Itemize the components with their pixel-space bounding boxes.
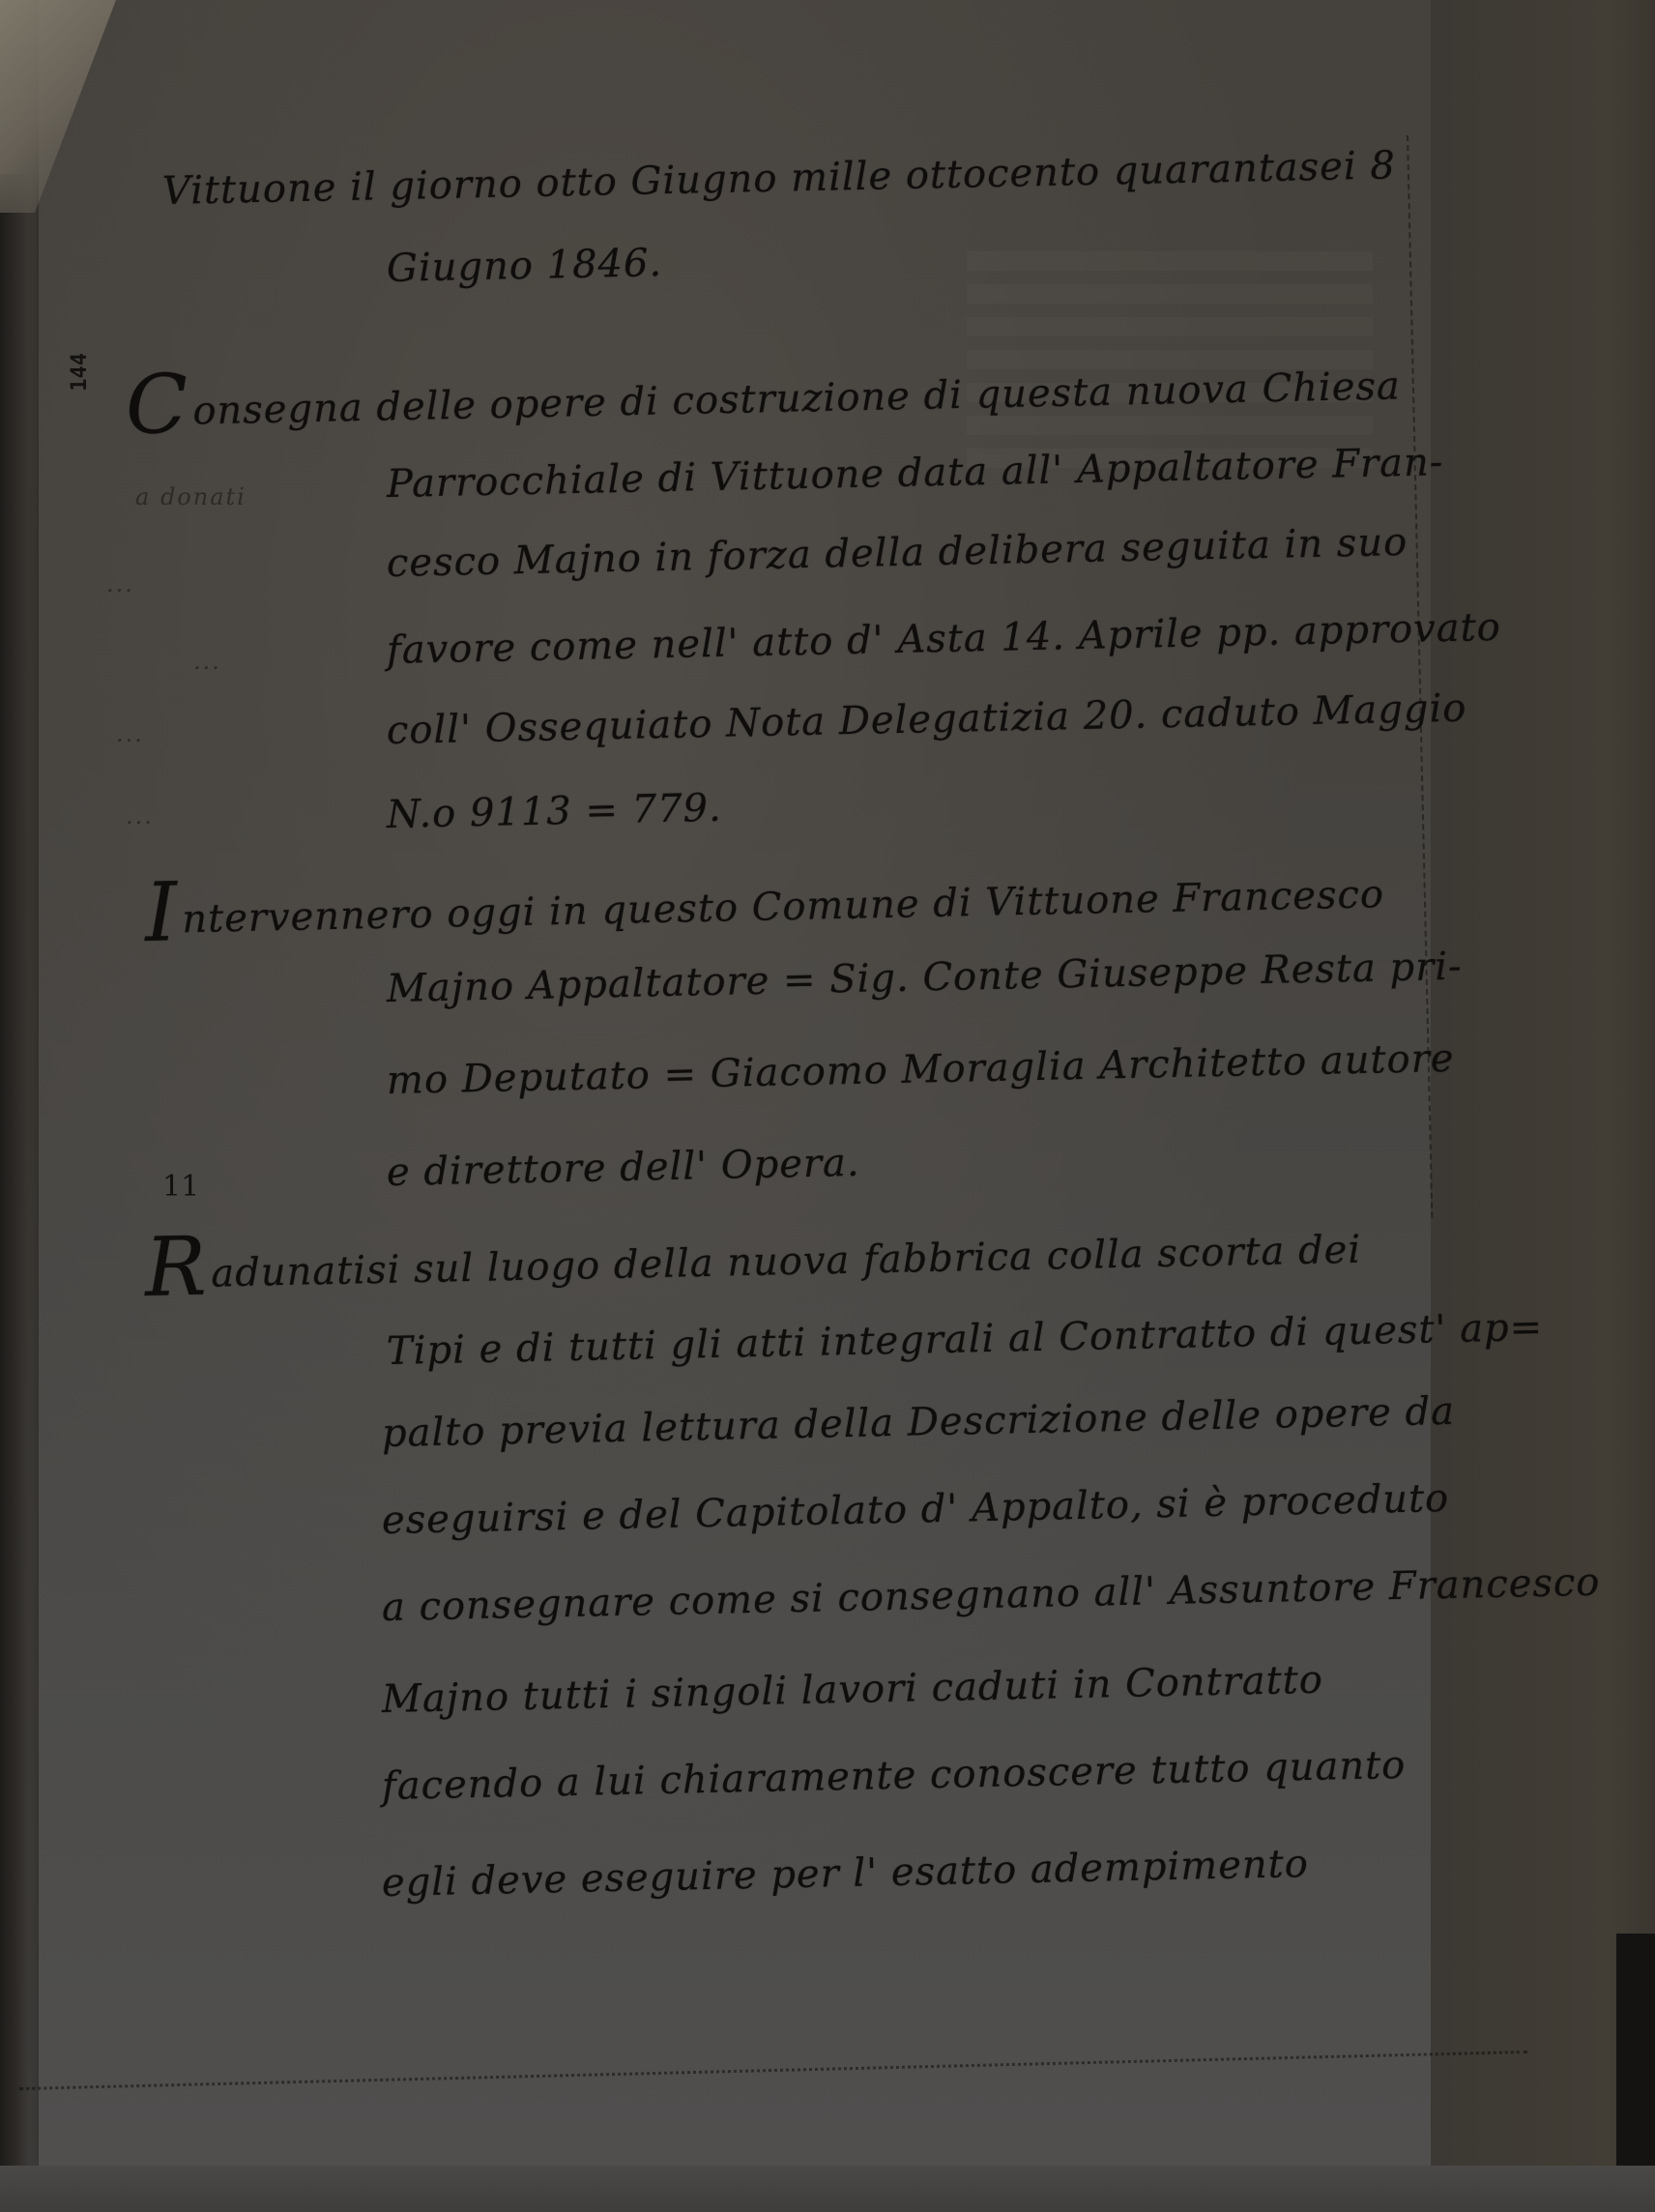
photo-scene: 144 11 a donati ... ... ... ... Vittuone…: [0, 0, 1655, 2212]
drop-initial: C: [125, 357, 189, 452]
folio-number: 144: [68, 353, 92, 392]
margin-note: ...: [193, 648, 221, 675]
drop-initial: R: [144, 1219, 208, 1315]
margin-note: ...: [106, 570, 134, 597]
margin-tick: 11: [162, 1170, 199, 1204]
heading-line-2: Giugno 1846.: [387, 241, 663, 291]
book-spine: [0, 174, 29, 2212]
drop-initial: I: [144, 864, 179, 960]
adjacent-page: [1431, 0, 1655, 2212]
page-bottom-edge: [0, 2166, 1655, 2212]
margin-note: ...: [116, 720, 144, 747]
margin-note: a donati: [135, 483, 247, 510]
margin-note: ...: [126, 802, 154, 829]
paragraph-1-line-6: N.o 9113 = 779.: [387, 786, 723, 837]
